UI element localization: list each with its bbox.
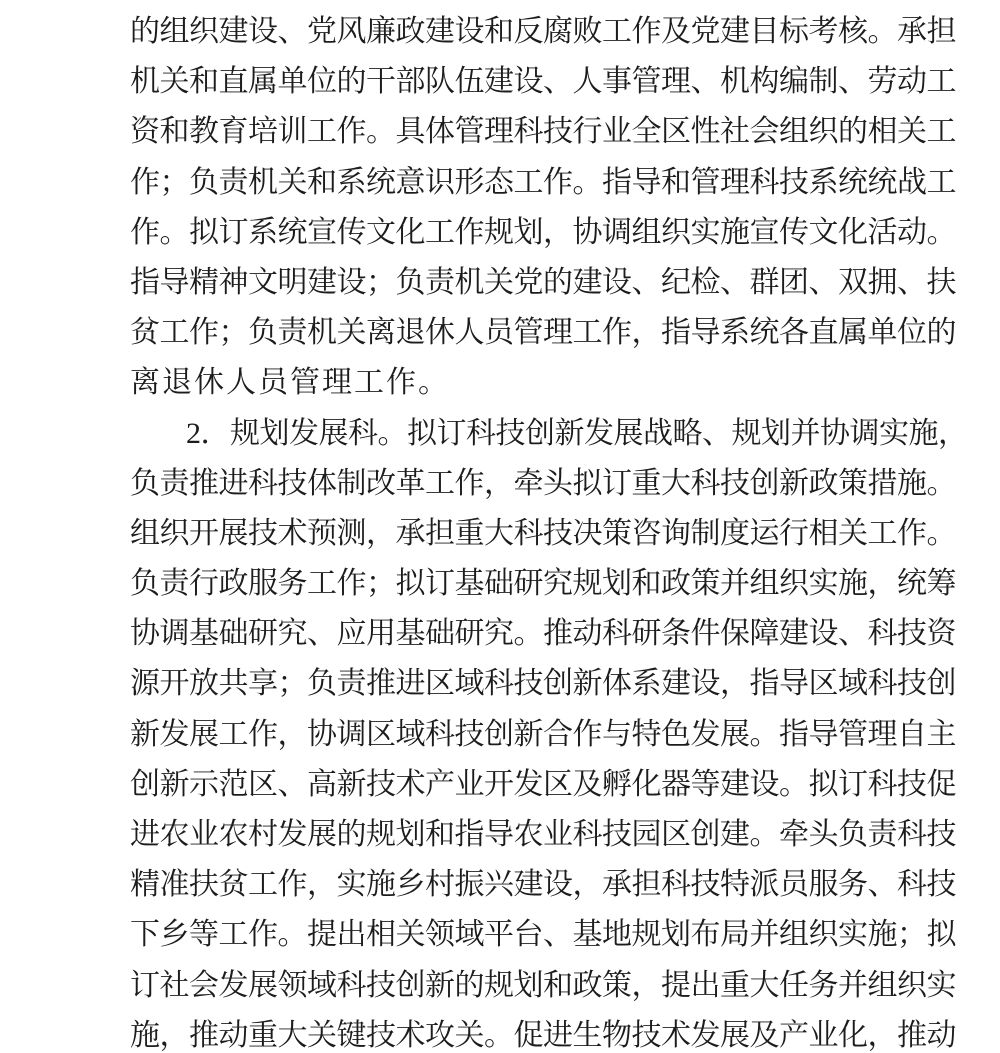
text-line: 组织开展技术预测，承担重大科技决策咨询制度运行相关工作。 (130, 509, 880, 559)
text-line: 下乡等工作。提出相关领域平台、基地规划布局并组织实施；拟 (130, 910, 880, 960)
text-line: 的组织建设、党风廉政建设和反腐败工作及党建目标考核。承担 (130, 7, 880, 57)
text-line: 贫工作；负责机关离退休人员管理工作，指导系统各直属单位的 (130, 308, 880, 358)
text-line: 进农业农村发展的规划和指导农业科技园区创建。牵头负责科技 (130, 810, 880, 860)
text-line: 作；负责机关和系统意识形态工作。指导和管理科技系统统战工 (130, 158, 880, 208)
text-line: 机关和直属单位的干部队伍建设、人事管理、机构编制、劳动工 (130, 57, 880, 107)
document-text-block: 的组织建设、党风廉政建设和反腐败工作及党建目标考核。承担 机关和直属单位的干部队… (130, 7, 880, 1053)
text-line: 精准扶贫工作，实施乡村振兴建设，承担科技特派员服务、科技 (130, 860, 880, 910)
text-line: 源开放共享；负责推进区域科技创新体系建设，指导区域科技创 (130, 659, 880, 709)
text-line: 施，推动重大关键技术攻关。促进生物技术发展及产业化，推动 (130, 1011, 880, 1053)
text-line-paragraph-start: 2．规划发展科。拟订科技创新发展战略、规划并协调实施， (130, 409, 880, 459)
text-line: 负责行政服务工作；拟订基础研究规划和政策并组织实施，统筹 (130, 559, 880, 609)
text-line: 资和教育培训工作。具体管理科技行业全区性社会组织的相关工 (130, 107, 880, 157)
text-line: 创新示范区、高新技术产业开发区及孵化器等建设。拟订科技促 (130, 760, 880, 810)
text-line: 订社会发展领域科技创新的规划和政策，提出重大任务并组织实 (130, 961, 880, 1011)
document-page: 的组织建设、党风廉政建设和反腐败工作及党建目标考核。承担 机关和直属单位的干部队… (0, 0, 1000, 1053)
text-line: 负责推进科技体制改革工作，牵头拟订重大科技创新政策措施。 (130, 459, 880, 509)
text-line: 新发展工作，协调区域科技创新合作与特色发展。指导管理自主 (130, 710, 880, 760)
text-line: 指导精神文明建设；负责机关党的建设、纪检、群团、双拥、扶 (130, 258, 880, 308)
text-line-paragraph-end: 离退休人员管理工作。 (130, 358, 880, 408)
text-line: 协调基础研究、应用基础研究。推动科研条件保障建设、科技资 (130, 609, 880, 659)
text-line: 作。拟订系统宣传文化工作规划，协调组织实施宣传文化活动。 (130, 208, 880, 258)
